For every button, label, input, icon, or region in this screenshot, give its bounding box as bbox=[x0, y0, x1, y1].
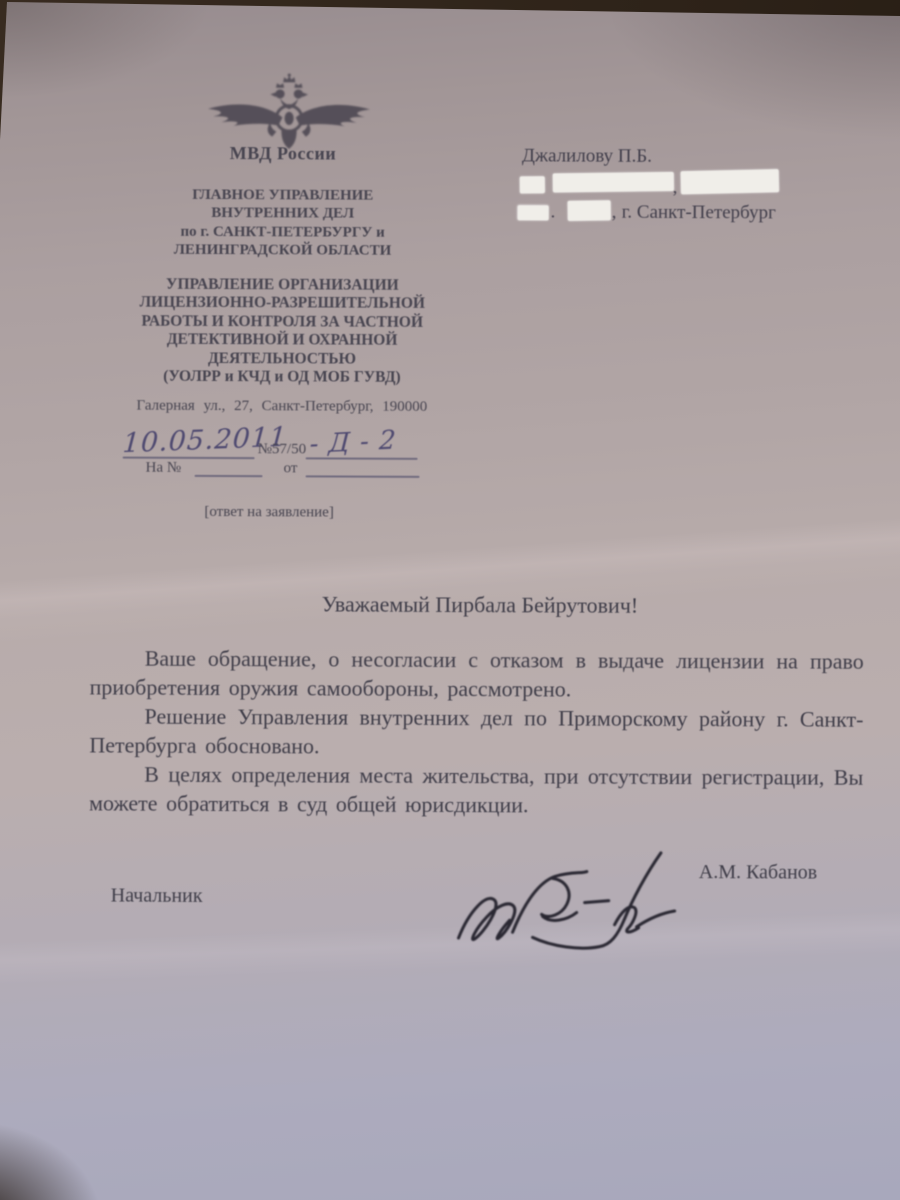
department-line: по г. САНКТ-ПЕТЕРБУРГУ и bbox=[122, 222, 444, 242]
org-title: МВД России bbox=[122, 143, 444, 165]
addressee-fragment: , bbox=[673, 177, 678, 198]
addressee-city-comma: , bbox=[612, 202, 617, 224]
date-underline bbox=[123, 457, 255, 460]
reply-to-number-label: На № bbox=[146, 460, 182, 477]
number-underline bbox=[306, 457, 418, 459]
division-line: УПРАВЛЕНИЕ ОРГАНИЗАЦИИ bbox=[121, 276, 443, 296]
addressee-name: Джалилову П.Б. bbox=[522, 145, 652, 168]
body-paragraph: Ваше обращение, о несогласии с отказом в… bbox=[90, 643, 864, 704]
reply-from-label: от bbox=[284, 460, 298, 477]
body-paragraph: В целях определения места жительства, пр… bbox=[89, 759, 863, 820]
org-address: Галерная ул., 27, Санкт-Петербург, 19000… bbox=[121, 398, 443, 416]
division-line: (УОЛРР и КЧД и ОД МОБ ГУВД) bbox=[121, 368, 443, 388]
outgoing-number-handwritten: - Д - 2 bbox=[309, 425, 398, 459]
outgoing-number-label: №57/50 bbox=[258, 441, 307, 458]
redaction-box bbox=[568, 200, 611, 221]
addressee-city: г. Санкт-Петербург bbox=[622, 202, 776, 225]
redaction-box bbox=[681, 169, 779, 194]
department-line: ГЛАВНОЕ УПРАВЛЕНИЕ bbox=[122, 186, 444, 206]
redaction-box bbox=[518, 205, 549, 220]
reply-number-underline bbox=[195, 475, 263, 477]
signature-autograph bbox=[436, 840, 676, 956]
redaction-box bbox=[553, 172, 674, 193]
letter-content: МВД России ГЛАВНОЕ УПРАВЛЕНИЕ ВНУТРЕННИХ… bbox=[0, 0, 900, 1200]
signer-name: А.М. Кабанов bbox=[699, 861, 817, 885]
subject-note: [ответ на заявление] bbox=[204, 504, 334, 522]
department-line: ЛЕНИНГРАДСКОЙ ОБЛАСТИ bbox=[121, 241, 443, 261]
salutation: Уважаемый Пирбала Бейрутович! bbox=[160, 591, 800, 620]
division-line: ДЕТЕКТИВНОЙ И ОХРАННОЙ bbox=[121, 331, 443, 351]
addressee-fragment: . bbox=[551, 201, 556, 222]
mvd-eagle-emblem-icon bbox=[205, 73, 373, 154]
division-line: ЛИЦЕНЗИОННО-РАЗРЕШИТЕЛЬНОЙ bbox=[121, 294, 443, 314]
department-line: ВНУТРЕННИХ ДЕЛ bbox=[122, 204, 444, 224]
photo-backdrop: { "letterhead": { "emblem_icon": "mvd-do… bbox=[0, 0, 900, 1200]
division-name: УПРАВЛЕНИЕ ОРГАНИЗАЦИИ ЛИЦЕНЗИОННО-РАЗРЕ… bbox=[121, 276, 443, 388]
division-line: ДЕЯТЕЛЬНОСТЬЮ bbox=[121, 349, 443, 369]
signer-position-title: Начальник bbox=[111, 885, 203, 908]
division-line: РАБОТЫ И КОНТРОЛЯ ЗА ЧАСТНОЙ bbox=[121, 312, 443, 332]
redaction-box bbox=[520, 176, 545, 193]
reply-date-underline bbox=[306, 475, 420, 477]
letter-body: Ваше обращение, о несогласии с отказом в… bbox=[89, 643, 864, 820]
body-paragraph: Решение Управления внутренних дел по При… bbox=[89, 701, 863, 762]
department-name: ГЛАВНОЕ УПРАВЛЕНИЕ ВНУТРЕННИХ ДЕЛ по г. … bbox=[121, 186, 443, 261]
